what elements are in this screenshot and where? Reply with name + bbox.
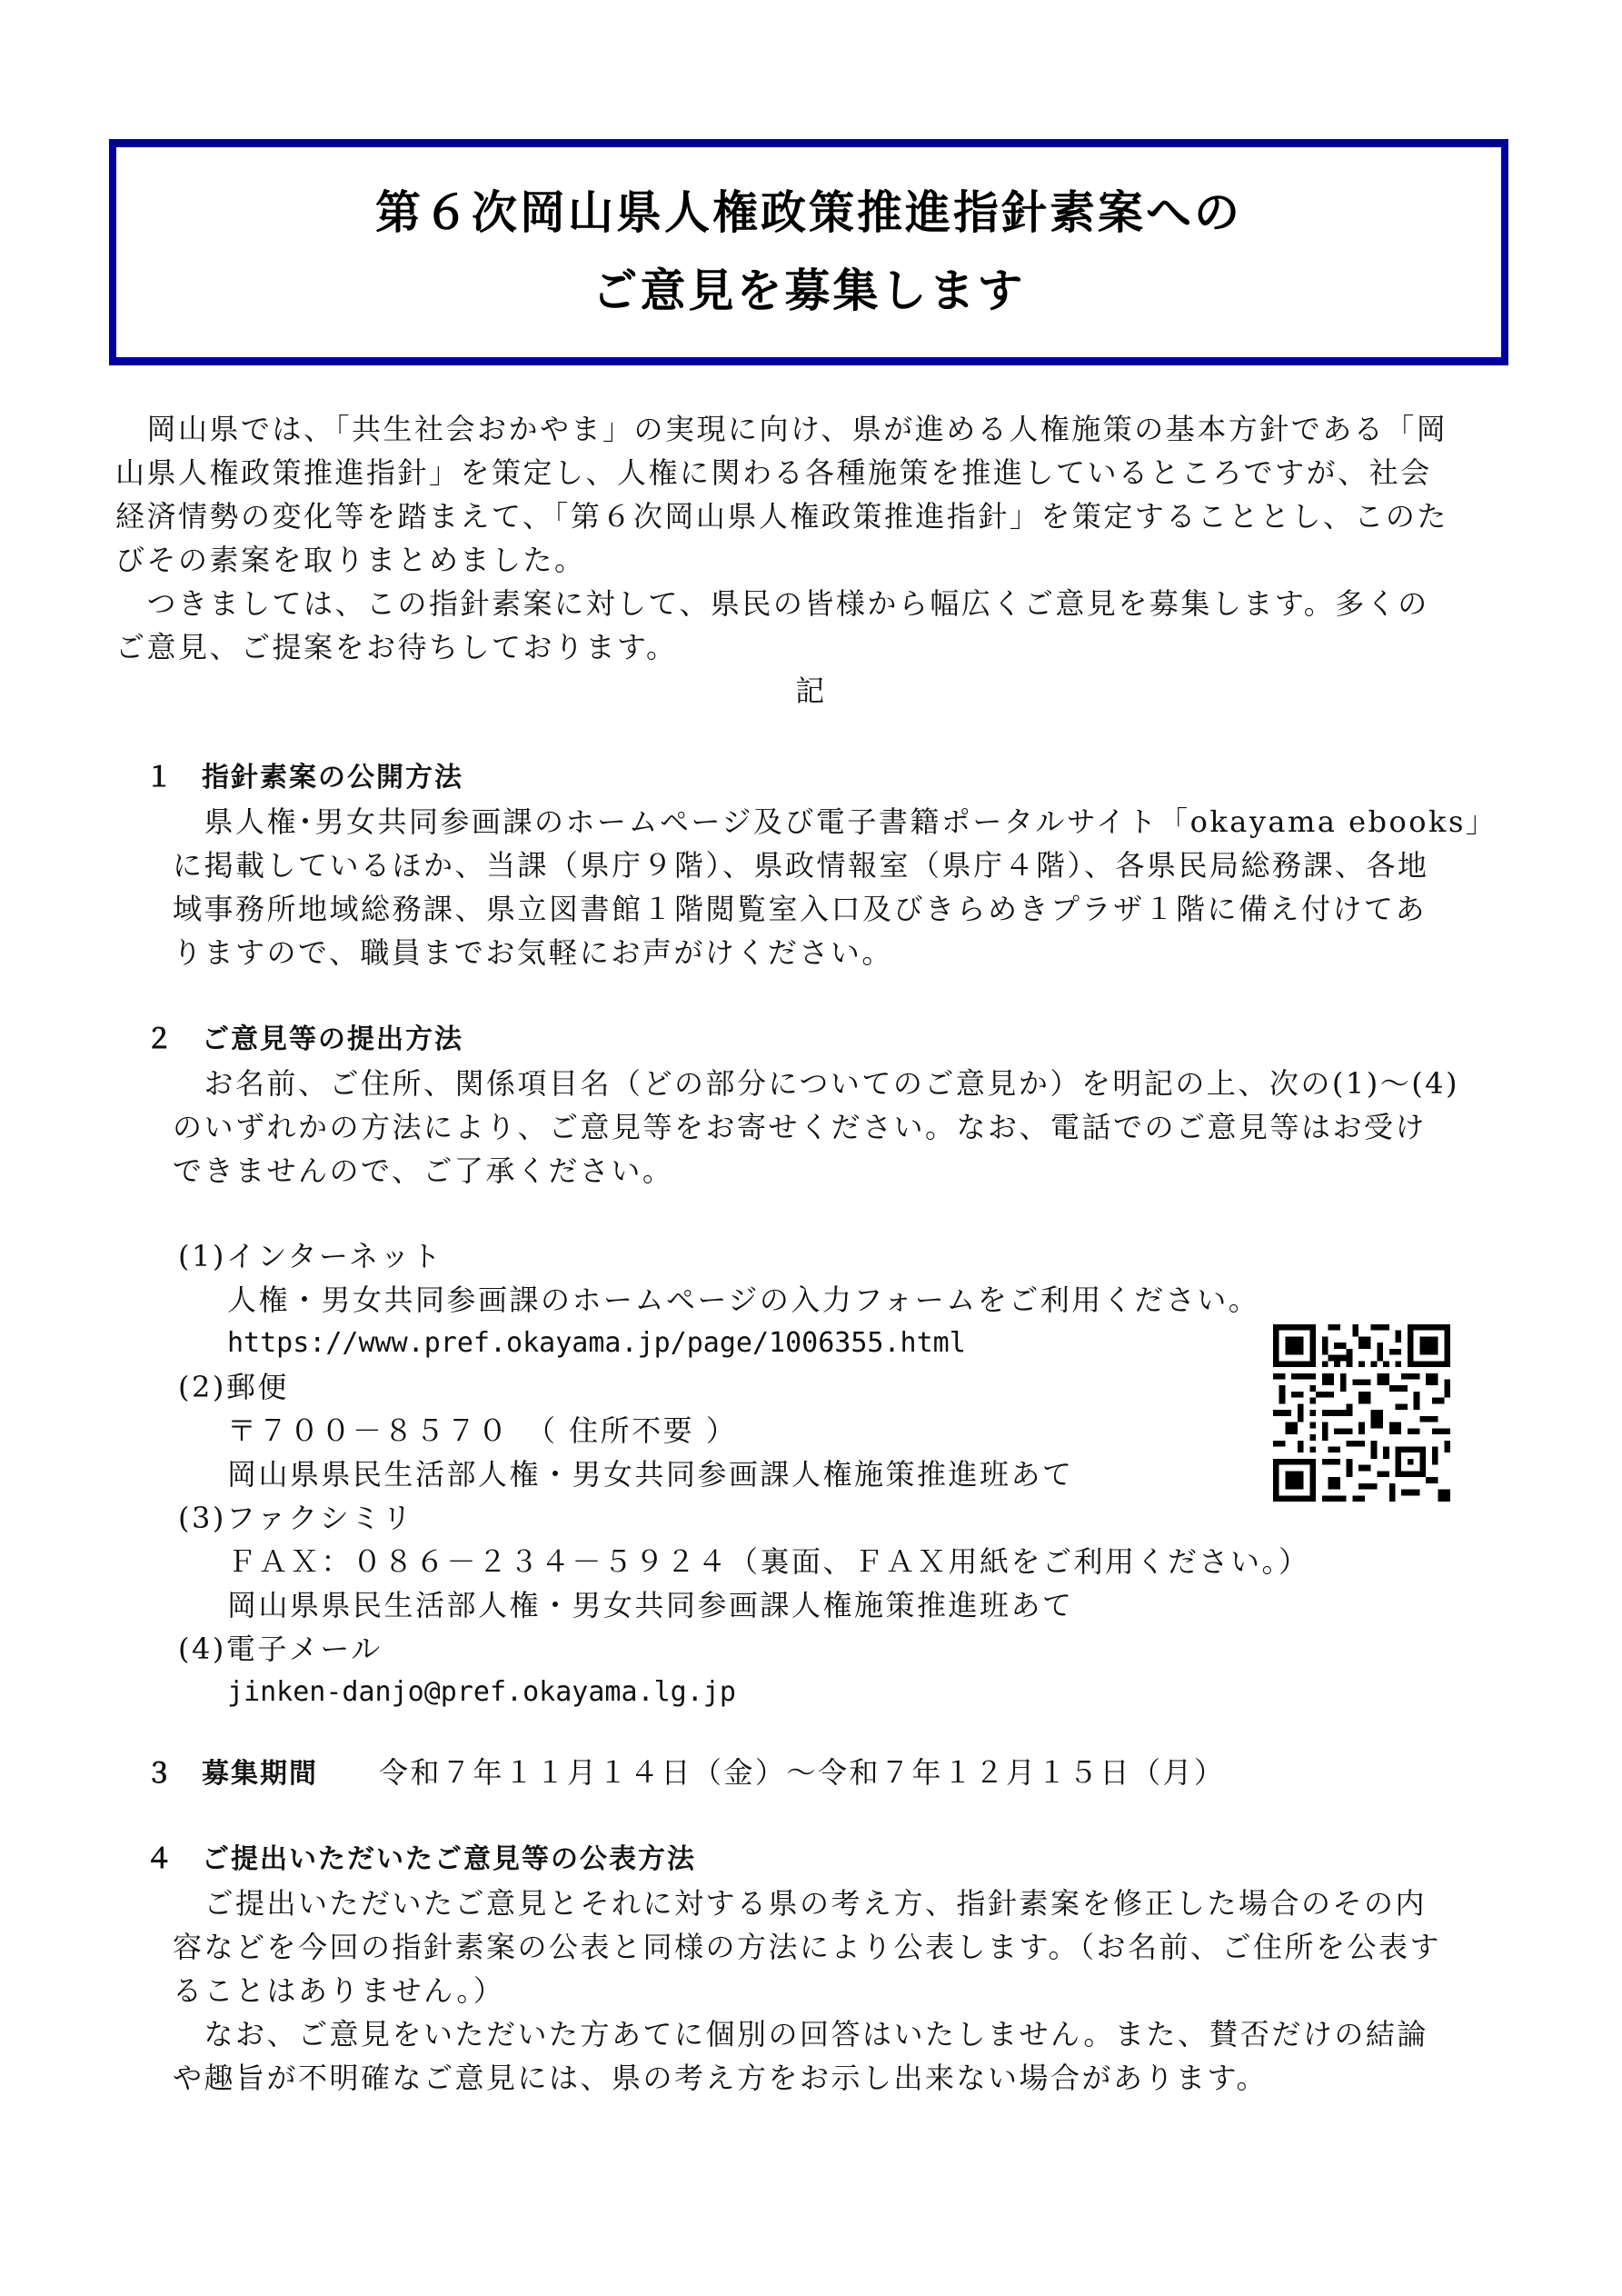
title-box: 第６次岡山県人権政策推進指針素案への ご意見を募集します <box>109 139 1508 365</box>
section-1-line: 域事務所地域総務課、県立図書館１階閲覧室入口及びきらめきプラザ１階に備え付けてあ <box>173 891 1427 927</box>
postal-code: 〒７００－８５７０ （ 住所不要 ） <box>227 1413 737 1449</box>
section-title: ご意見等の提出方法 <box>202 1023 463 1055</box>
ki-mark: 記 <box>0 673 1622 709</box>
section-2-line: できませんので、ご了承ください。 <box>173 1153 673 1189</box>
page-title-line-2: ご意見を募集します <box>116 264 1501 318</box>
section-1-heading: １指針素案の公開方法 <box>145 760 463 796</box>
intro-line: 経済情勢の変化等を踏まえて、「第６次岡山県人権政策推進指針」を策定することとし、… <box>115 498 1448 534</box>
section-2-line: のいずれかの方法により、ご意見等をお寄せください。なお、電話でのご意見等はお受け <box>173 1109 1427 1145</box>
intro-line: びその素案を取りまとめました。 <box>115 542 586 578</box>
section-4-line: なお、ご意見をいただいた方あてに個別の回答はいたしません。また、賛否だけの結論 <box>173 2016 1428 2052</box>
post-addressee: 岡山県県民生活部人権・男女共同参画課人権施策推進班あて <box>227 1456 1074 1492</box>
section-4-heading: ４ご提出いただいたご意見等の公表方法 <box>145 1842 696 1878</box>
section-3-heading: ３募集期間 <box>145 1756 318 1792</box>
qr-code-graphic <box>1273 1324 1450 1502</box>
section-2-line: お名前、ご住所、関係項目名（どの部分についてのご意見か）を明記の上、次の(1)～… <box>173 1065 1459 1102</box>
section-title: 募集期間 <box>202 1758 318 1790</box>
method-internet-label: (1)インターネット <box>178 1238 443 1274</box>
section-4-line: や趣旨が不明確なご意見には、県の考え方をお示し出来ない場合があります。 <box>173 2060 1268 2096</box>
section-4-line: ご提出いただいたご意見とそれに対する県の考え方、指針素案を修正した場合のその内 <box>173 1885 1427 1922</box>
recruitment-period: 令和７年１１月１４日（金）～令和７年１２月１５日（月） <box>379 1754 1226 1791</box>
method-post-label: (2)郵便 <box>178 1369 289 1405</box>
section-4-line: ることはありません。） <box>173 1972 504 2009</box>
section-1-line: に掲載しているほか、当課（県庁９階）、県政情報室（県庁４階）、各県民局総務課、各… <box>173 847 1429 883</box>
section-1-line: 県人権･男女共同参画課のホームページ及び電子書籍ポータルサイト「okayama … <box>173 804 1497 840</box>
method-email-label: (4)電子メール <box>178 1631 383 1667</box>
page-title-line-1: 第６次岡山県人権政策推進指針素案への <box>116 185 1501 240</box>
intro-line: 岡山県では、「共生社会おかやま」の実現に向け、県が進める人権施策の基本方針である… <box>115 411 1448 447</box>
email-address-link[interactable]: jinken-danjo@pref.okayama.lg.jp <box>227 1674 736 1711</box>
section-number: ２ <box>145 1022 202 1058</box>
section-number: ３ <box>145 1756 202 1792</box>
fax-addressee: 岡山県県民生活部人権・男女共同参画課人権施策推進班あて <box>227 1587 1074 1623</box>
intro-line: ご意見、ご提案をお待ちしております。 <box>115 629 677 665</box>
fax-number: ＦＡＸ：０８６－２３４－５９２４（裏面、ＦＡＸ用紙をご利用ください。） <box>227 1543 1310 1580</box>
section-title: 指針素案の公開方法 <box>202 762 463 794</box>
section-1-line: りますので、職員までお気軽にお声がけください。 <box>173 934 893 971</box>
intro-line: 山県人権政策推進指針」を策定し、人権に関わる各種施策を推進しているところですが、… <box>115 454 1432 491</box>
section-title: ご提出いただいたご意見等の公表方法 <box>202 1843 696 1875</box>
section-number: ４ <box>145 1842 202 1878</box>
section-4-line: 容などを今回の指針素案の公表と同様の方法により公表します。（お名前、ご住所を公表… <box>173 1929 1441 1965</box>
intro-line: つきましては、この指針素案に対して、県民の皆様から幅広くご意見を募集します。多く… <box>115 585 1429 622</box>
section-number: １ <box>145 760 202 796</box>
section-2-heading: ２ご意見等の提出方法 <box>145 1022 463 1058</box>
method-fax-label: (3)ファクシミリ <box>178 1500 413 1536</box>
qr-code-icon[interactable] <box>1273 1324 1450 1502</box>
method-internet-text: 人権・男女共同参画課のホームページの入力フォームをご利用ください。 <box>227 1282 1259 1318</box>
internet-url-link[interactable]: https://www.pref.okayama.jp/page/1006355… <box>227 1325 966 1362</box>
